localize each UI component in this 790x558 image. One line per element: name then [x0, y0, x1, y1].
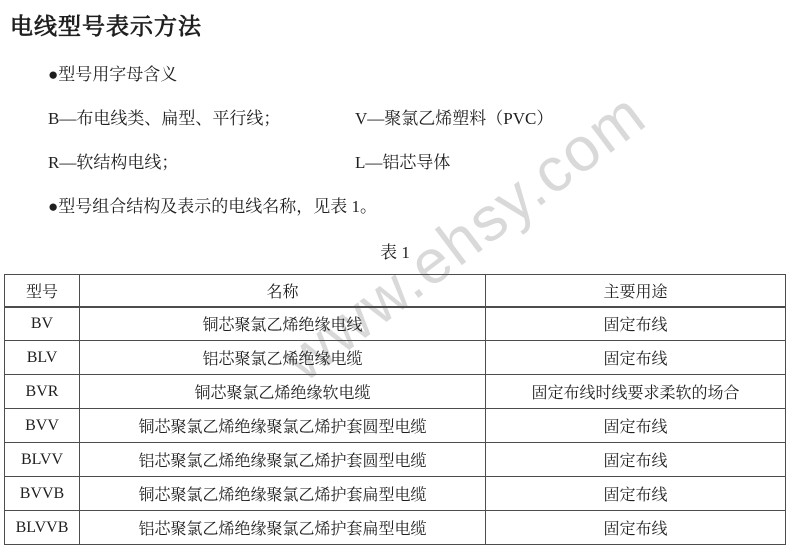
table-cell: 铝芯聚氯乙烯绝缘聚氯乙烯护套圆型电缆: [80, 443, 486, 477]
wire-table: 型号 名称 主要用途 BV铜芯聚氯乙烯绝缘电线固定布线BLV铝芯聚氯乙烯绝缘电缆…: [4, 274, 786, 545]
table-cell: 铝芯聚氯乙烯绝缘电缆: [80, 341, 486, 375]
table-header-model: 型号: [5, 275, 80, 307]
bullet-letter-meanings: ●型号用字母含义: [48, 64, 790, 86]
page-title: 电线型号表示方法: [10, 12, 790, 40]
definition-r: R—软结构电线；: [48, 152, 355, 174]
bullet-model-structure: ●型号组合结构及表示的电线名称，见表 1。: [48, 196, 790, 218]
table-cell: 铜芯聚氯乙烯绝缘聚氯乙烯护套圆型电缆: [80, 409, 486, 443]
document-page: www.ehsy.com 电线型号表示方法 ●型号用字母含义 B—布电线类、扁型…: [0, 0, 790, 558]
table-cell: BV: [5, 307, 80, 341]
table-caption: 表 1: [0, 243, 790, 263]
table-cell: 铜芯聚氯乙烯绝缘聚氯乙烯护套扁型电缆: [80, 477, 486, 511]
table-row: BVV铜芯聚氯乙烯绝缘聚氯乙烯护套圆型电缆固定布线: [5, 409, 786, 443]
table-row: BVR铜芯聚氯乙烯绝缘软电缆固定布线时线要求柔软的场合: [5, 375, 786, 409]
definition-b: B—布电线类、扁型、平行线；: [48, 108, 355, 130]
table-cell: 固定布线: [486, 511, 786, 545]
definition-line-2: R—软结构电线； L—铝芯导体: [48, 152, 790, 174]
table-cell: BLV: [5, 341, 80, 375]
table-cell: 铜芯聚氯乙烯绝缘软电缆: [80, 375, 486, 409]
table-cell: BVVB: [5, 477, 80, 511]
table-header-usage: 主要用途: [486, 275, 786, 307]
table-cell: BVR: [5, 375, 80, 409]
table-row: BLVVB铝芯聚氯乙烯绝缘聚氯乙烯护套扁型电缆固定布线: [5, 511, 786, 545]
table-cell: 固定布线: [486, 477, 786, 511]
table-cell: 固定布线时线要求柔软的场合: [486, 375, 786, 409]
table-row: BVVB铜芯聚氯乙烯绝缘聚氯乙烯护套扁型电缆固定布线: [5, 477, 786, 511]
table-cell: 固定布线: [486, 341, 786, 375]
table-cell: BLVVB: [5, 511, 80, 545]
wire-table-body: BV铜芯聚氯乙烯绝缘电线固定布线BLV铝芯聚氯乙烯绝缘电缆固定布线BVR铜芯聚氯…: [5, 307, 786, 545]
table-cell: 固定布线: [486, 443, 786, 477]
table-cell: BLVV: [5, 443, 80, 477]
table-cell: 固定布线: [486, 409, 786, 443]
table-cell: 铝芯聚氯乙烯绝缘聚氯乙烯护套扁型电缆: [80, 511, 486, 545]
document-content: 电线型号表示方法 ●型号用字母含义 B—布电线类、扁型、平行线； V—聚氯乙烯塑…: [0, 12, 790, 545]
table-cell: 铜芯聚氯乙烯绝缘电线: [80, 307, 486, 341]
table-row: BV铜芯聚氯乙烯绝缘电线固定布线: [5, 307, 786, 341]
definition-v: V—聚氯乙烯塑料（PVC）: [355, 108, 790, 130]
table-header-row: 型号 名称 主要用途: [5, 275, 786, 307]
table-cell: 固定布线: [486, 307, 786, 341]
table-row: BLV铝芯聚氯乙烯绝缘电缆固定布线: [5, 341, 786, 375]
table-cell: BVV: [5, 409, 80, 443]
definition-line-1: B—布电线类、扁型、平行线； V—聚氯乙烯塑料（PVC）: [48, 108, 790, 130]
wire-table-head: 型号 名称 主要用途: [5, 275, 786, 307]
table-row: BLVV铝芯聚氯乙烯绝缘聚氯乙烯护套圆型电缆固定布线: [5, 443, 786, 477]
table-header-name: 名称: [80, 275, 486, 307]
definition-l: L—铝芯导体: [355, 152, 790, 174]
